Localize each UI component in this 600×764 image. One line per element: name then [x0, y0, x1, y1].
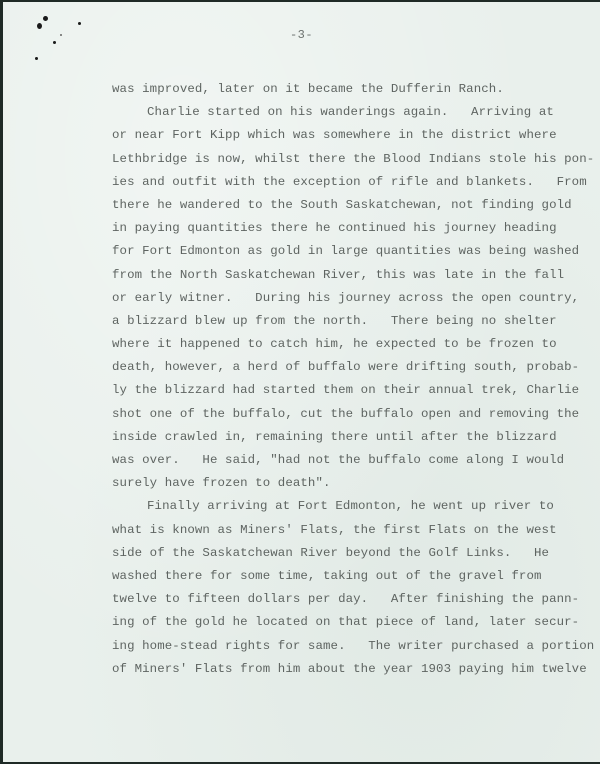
- text-line: washed there for some time, taking out o…: [112, 565, 582, 588]
- ink-speck: [43, 16, 48, 21]
- text-line: side of the Saskatchewan River beyond th…: [112, 542, 582, 565]
- text-line: where it happened to catch him, he expec…: [112, 333, 582, 356]
- page-number: -3-: [3, 28, 600, 42]
- text-line: a blizzard blew up from the north. There…: [112, 310, 582, 333]
- text-line: there he wandered to the South Saskatche…: [112, 194, 582, 217]
- text-line: or near Fort Kipp which was somewhere in…: [112, 124, 582, 147]
- text-line: ies and outfit with the exception of rif…: [112, 171, 582, 194]
- text-line: of Miners' Flats from him about the year…: [112, 658, 582, 681]
- ink-speck: [78, 22, 81, 25]
- document-page: -3- was improved, later on it became the…: [3, 2, 600, 762]
- text-line: what is known as Miners' Flats, the firs…: [112, 519, 582, 542]
- text-line: was over. He said, "had not the buffalo …: [112, 449, 582, 472]
- document-body: was improved, later on it became the Duf…: [112, 78, 582, 681]
- text-line: ing of the gold he located on that piece…: [112, 611, 582, 634]
- text-line: for Fort Edmonton as gold in large quant…: [112, 240, 582, 263]
- text-line: inside crawled in, remaining there until…: [112, 426, 582, 449]
- text-line: death, however, a herd of buffalo were d…: [112, 356, 582, 379]
- text-line: ing home-stead rights for same. The writ…: [112, 635, 582, 658]
- text-line: from the North Saskatchewan River, this …: [112, 264, 582, 287]
- text-line: or early witner. During his journey acro…: [112, 287, 582, 310]
- text-line: twelve to fifteen dollars per day. After…: [112, 588, 582, 611]
- text-line: Charlie started on his wanderings again.…: [112, 101, 582, 124]
- text-line: in paying quantities there he continued …: [112, 217, 582, 240]
- text-line: surely have frozen to death".: [112, 472, 582, 495]
- ink-speck: [35, 57, 38, 60]
- text-line: Lethbridge is now, whilst there the Bloo…: [112, 148, 582, 171]
- text-line: ly the blizzard had started them on thei…: [112, 379, 582, 402]
- text-line: shot one of the buffalo, cut the buffalo…: [112, 403, 582, 426]
- text-line: Finally arriving at Fort Edmonton, he we…: [112, 495, 582, 518]
- text-line: was improved, later on it became the Duf…: [112, 78, 582, 101]
